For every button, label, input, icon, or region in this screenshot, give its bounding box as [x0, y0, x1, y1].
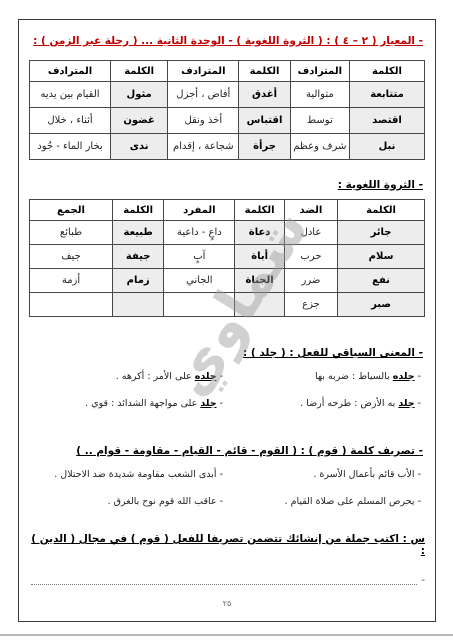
page-frame: - المعيار ( ٢ – ٤ ) : ( الثروة اللغوية )… — [18, 19, 436, 622]
value-cell: أزمة — [30, 269, 113, 293]
conjugation-examples: - الأب قائم بأعمال الأسرة .- أبدى الشعب … — [29, 465, 425, 519]
answer-line: - — [29, 577, 425, 585]
scan-bottom-shadow — [0, 634, 453, 636]
column-header: المترادف — [30, 61, 111, 82]
question-prompt: س : اكتب جملة من إنشائك تتضمن تصريفا للف… — [29, 533, 425, 557]
value-cell: جزع — [284, 293, 337, 317]
column-header: المفرد — [164, 200, 235, 221]
answer-dash: - — [417, 577, 425, 585]
highlighted-verb: جلده — [195, 371, 217, 382]
value-cell: توسط — [290, 108, 349, 134]
column-header: المترادف — [168, 61, 239, 82]
conjugation-section-title: - تصريف كلمة ( قوم ) : ( القوم - قائم - … — [31, 445, 423, 457]
conjugation-example-item: - الأب قائم بأعمال الأسرة . — [227, 465, 425, 492]
word-cell: ندى — [111, 134, 168, 160]
wealth-section-title: - الثروة اللغوية : — [31, 179, 423, 191]
value-cell — [30, 293, 113, 317]
header-row: الكلمةالمترادفالكلمةالمترادفالكلمةالمترا… — [30, 61, 425, 82]
value-cell: آبٍ — [164, 245, 235, 269]
word-cell: أغدق — [239, 82, 290, 108]
word-cell: سلام — [338, 245, 425, 269]
column-header: الكلمة — [349, 61, 424, 82]
column-header: الكلمة — [338, 200, 425, 221]
column-header: الكلمة — [235, 200, 284, 221]
wealth-table-body: جائرعادلدعاةداعٍ - داعيةطبيعةطبائعسلامحر… — [30, 221, 425, 317]
highlighted-verb: جلد — [398, 398, 414, 409]
table-row: سلامحربأباةآبٍجيفةجيف — [30, 245, 425, 269]
word-cell: صبر — [338, 293, 425, 317]
value-cell: الجاني — [164, 269, 235, 293]
column-header: المترادف — [290, 61, 349, 82]
word-cell: نبل — [349, 134, 424, 160]
value-cell: متوالية — [290, 82, 349, 108]
value-cell: بخار الماء - جُود — [30, 134, 111, 160]
synonyms-table-header: الكلمةالمترادفالكلمةالمترادفالكلمةالمترا… — [30, 61, 425, 82]
word-cell: متتابعة — [349, 82, 424, 108]
value-cell: عادل — [284, 221, 337, 245]
column-header: الكلمة — [239, 61, 290, 82]
header-row: الكلمةالضدالكلمةالمفردالكلمةالجمع — [30, 200, 425, 221]
word-cell — [112, 293, 163, 317]
column-header: الكلمة — [112, 200, 163, 221]
word-cell: اقتباس — [239, 108, 290, 134]
wealth-table-header: الكلمةالضدالكلمةالمفردالكلمةالجمع — [30, 200, 425, 221]
word-cell: غضون — [111, 108, 168, 134]
word-cell: أباة — [235, 245, 284, 269]
scanned-worksheet-page: { "header": { "title": "- المعيار ( ٢ – … — [0, 0, 453, 640]
column-header: الكلمة — [111, 61, 168, 82]
value-cell: القيام بين يديه — [30, 82, 111, 108]
table-row: جائرعادلدعاةداعٍ - داعيةطبيعةطبائع — [30, 221, 425, 245]
value-cell: طبائع — [30, 221, 113, 245]
table-row: صبرجزع — [30, 293, 425, 317]
table-row: نفعضررالجناةالجانيزمامأزمة — [30, 269, 425, 293]
context-example-item: - جلد على مواجهة الشدائد : قوي . — [29, 394, 227, 421]
value-cell: أثناء ، خلال — [30, 108, 111, 134]
value-cell: جيف — [30, 245, 113, 269]
value-cell: أخذ ونقل — [168, 108, 239, 134]
conjugation-example-item: - يحرص المسلم على صلاة القيام . — [227, 492, 425, 519]
highlighted-verb: جلد — [200, 398, 216, 409]
context-example-item: - جلده بالسياط : ضربه بها — [227, 367, 425, 394]
word-cell: دعاة — [235, 221, 284, 245]
word-cell: جيفة — [112, 245, 163, 269]
table-row: نبلشرف وعظمجرأةشجاعة ، إقدامندىبخار الما… — [30, 134, 425, 160]
value-cell: شجاعة ، إقدام — [168, 134, 239, 160]
word-cell: مثول — [111, 82, 168, 108]
synonyms-table: الكلمةالمترادفالكلمةالمترادفالكلمةالمترا… — [29, 60, 425, 160]
dotted-rule — [31, 577, 417, 585]
word-cell: جرأة — [239, 134, 290, 160]
value-cell: حرب — [284, 245, 337, 269]
word-cell: طبيعة — [112, 221, 163, 245]
synonyms-table-body: متتابعةمتواليةأغدقأفاض ، أجزلمثولالقيام … — [30, 82, 425, 160]
column-header: الضد — [284, 200, 337, 221]
context-example-item: - جلد به الأرض : طرحه أرضا . — [227, 394, 425, 421]
value-cell: شرف وعظم — [290, 134, 349, 160]
highlighted-verb: جلده — [393, 371, 415, 382]
context-examples: - جلده بالسياط : ضربه بها- جلده على الأم… — [29, 367, 425, 421]
value-cell: داعٍ - داعية — [164, 221, 235, 245]
value-cell: ضرر — [284, 269, 337, 293]
context-section-title: - المعنى السياقي للفعل : ( جلد ) : — [31, 347, 423, 359]
word-cell: اقتصد — [349, 108, 424, 134]
value-cell: أفاض ، أجزل — [168, 82, 239, 108]
word-cell: نفع — [338, 269, 425, 293]
word-cell: زمام — [112, 269, 163, 293]
conjugation-example-item: - أبدى الشعب مقاومة شديدة ضد الاحتلال . — [29, 465, 227, 492]
wealth-table: الكلمةالضدالكلمةالمفردالكلمةالجمع جائرعا… — [29, 199, 425, 317]
context-example-item: - جلده على الأمر : أكرهه . — [29, 367, 227, 394]
column-header: الجمع — [30, 200, 113, 221]
value-cell — [164, 293, 235, 317]
word-cell: الجناة — [235, 269, 284, 293]
word-cell — [235, 293, 284, 317]
page-number: ٢٥ — [19, 599, 435, 608]
conjugation-example-item: - عاقب الله قوم نوح بالغرق . — [29, 492, 227, 519]
table-row: متتابعةمتواليةأغدقأفاض ، أجزلمثولالقيام … — [30, 82, 425, 108]
page-title: - المعيار ( ٢ – ٤ ) : ( الثروة اللغوية )… — [31, 35, 423, 47]
table-row: اقتصدتوسطاقتباسأخذ ونقلغضونأثناء ، خلال — [30, 108, 425, 134]
word-cell: جائر — [338, 221, 425, 245]
